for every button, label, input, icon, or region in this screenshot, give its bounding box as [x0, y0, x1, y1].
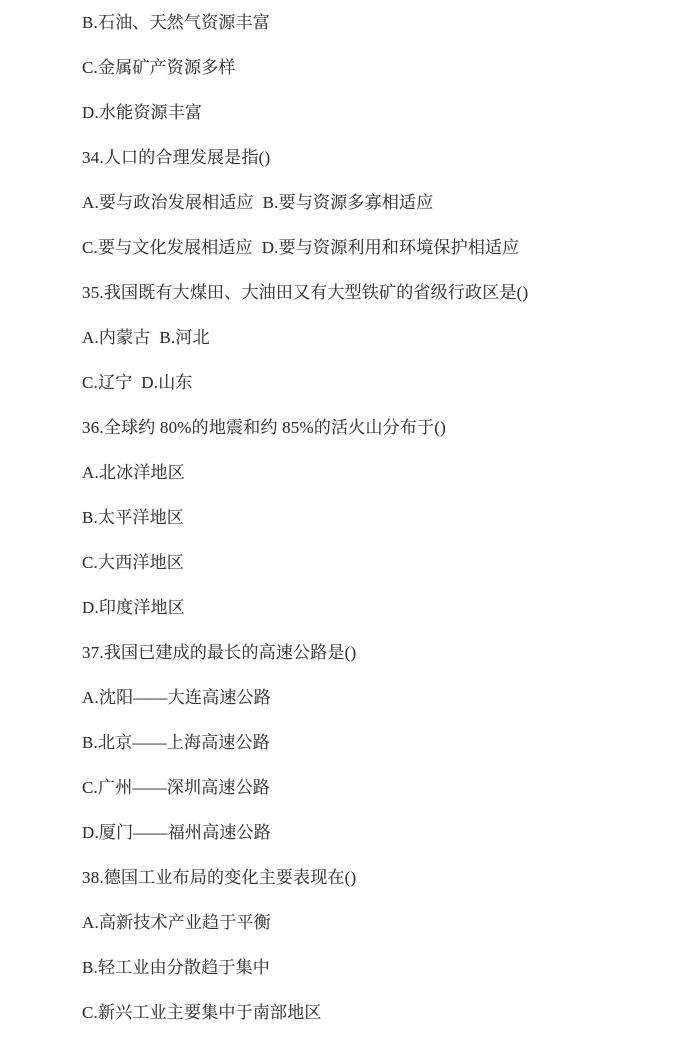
option-37-c: C.广州——深圳高速公路 [82, 765, 660, 810]
options-34-cd: C.要与文化发展相适应 D.要与资源利用和环境保护相适应 [82, 225, 660, 270]
exam-document-page: B.石油、天然气资源丰富 C.金属矿产资源多样 D.水能资源丰富 34.人口的合… [0, 0, 700, 1046]
question-stem-38: 38.德国工业布局的变化主要表现在() [82, 855, 660, 900]
option-37-a: A.沈阳——大连高速公路 [82, 675, 660, 720]
options-34-ab: A.要与政治发展相适应 B.要与资源多寡相适应 [82, 180, 660, 225]
question-stem-37: 37.我国已建成的最长的高速公路是() [82, 630, 660, 675]
question-stem-35: 35.我国既有大煤田、大油田又有大型铁矿的省级行政区是() [82, 270, 660, 315]
options-35-ab: A.内蒙古 B.河北 [82, 315, 660, 360]
option-36-d: D.印度洋地区 [82, 585, 660, 630]
option-36-a: A.北冰洋地区 [82, 450, 660, 495]
options-35-cd: C.辽宁 D.山东 [82, 360, 660, 405]
question-stem-34: 34.人口的合理发展是指() [82, 135, 660, 180]
option-36-b: B.太平洋地区 [82, 495, 660, 540]
option-38-a: A.高新技术产业趋于平衡 [82, 900, 660, 945]
option-d-q33: D.水能资源丰富 [82, 90, 660, 135]
option-c-q33: C.金属矿产资源多样 [82, 45, 660, 90]
option-37-b: B.北京——上海高速公路 [82, 720, 660, 765]
option-b-q33: B.石油、天然气资源丰富 [82, 0, 660, 45]
option-38-b: B.轻工业由分散趋于集中 [82, 945, 660, 990]
option-37-d: D.厦门——福州高速公路 [82, 810, 660, 855]
option-36-c: C.大西洋地区 [82, 540, 660, 585]
question-stem-36: 36.全球约 80%的地震和约 85%的活火山分布于() [82, 405, 660, 450]
option-38-c: C.新兴工业主要集中于南部地区 [82, 990, 660, 1035]
